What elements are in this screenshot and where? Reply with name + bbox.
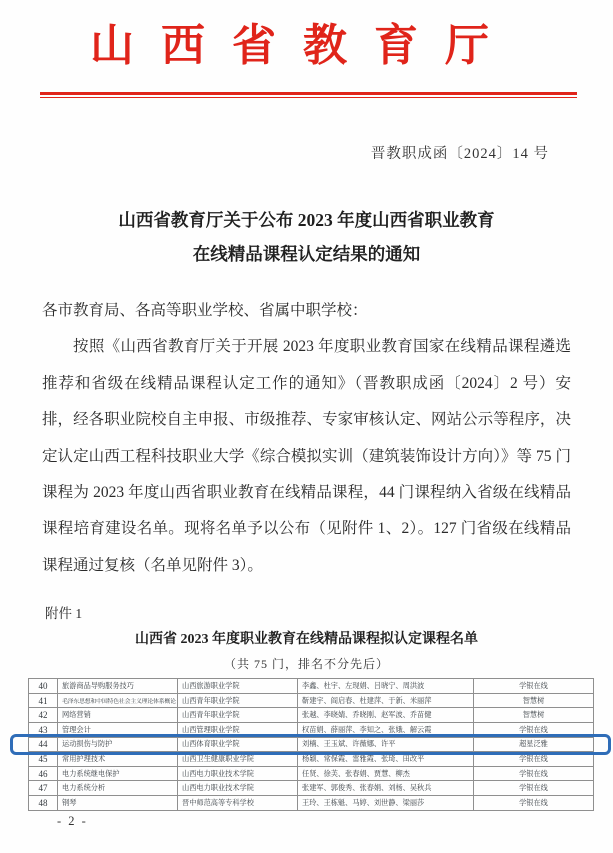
row-number-cell: 43: [29, 723, 58, 738]
school-cell: 山西青年职业学院: [178, 693, 298, 708]
school-cell: 山西旅游职业学院: [178, 679, 298, 694]
course-name-cell: 电力系统继电保护: [58, 766, 178, 781]
platform-cell: 智慧树: [474, 708, 594, 723]
teachers-cell: 权苗娟、薛丽萍、李知之、张娥、解云霞: [298, 723, 474, 738]
course-name-cell: 旅游商品导购服务技巧: [58, 679, 178, 694]
table-row: 48 钢琴 晋中师范高等专科学校 王玲、王栋魁、马婷、刘世静、梁丽莎 学银在线: [29, 796, 594, 811]
platform-cell: 超星泛雅: [474, 737, 594, 752]
rule-thin-line: [40, 97, 577, 98]
course-name-cell: 电力系统分析: [58, 781, 178, 796]
table-row: 42 网络营销 山西青年职业学院 张越、李晓婧、乔晓刚、赵军波、乔苗健 智慧树: [29, 708, 594, 723]
row-number-cell: 42: [29, 708, 58, 723]
teachers-cell: 王玲、王栋魁、马婷、刘世静、梁丽莎: [298, 796, 474, 811]
course-name-cell: 毛泽东思想和中国特色社会主义理论体系概论: [58, 693, 178, 708]
course-name-cell: 运动损伤与防护: [58, 737, 178, 752]
document-body: 各市教育局、各高等职业学校、省属中职学校： 按照《山西省教育厅关于开展 2023…: [42, 293, 571, 584]
platform-cell: 学银在线: [474, 752, 594, 767]
platform-cell: 学银在线: [474, 781, 594, 796]
document-title: 山西省教育厅关于公布 2023 年度山西省职业教育 在线精品课程认定结果的通知: [0, 203, 613, 271]
salutation: 各市教育局、各高等职业学校、省属中职学校：: [42, 293, 571, 329]
document-title-line2: 在线精品课程认定结果的通知: [0, 237, 613, 271]
school-cell: 山西卫生健康职业学院: [178, 752, 298, 767]
row-number-cell: 46: [29, 766, 58, 781]
table-row: 43 管理会计 山西管理职业学院 权苗娟、薛丽萍、李知之、张娥、解云霞 学银在线: [29, 723, 594, 738]
row-number-cell: 44: [29, 737, 58, 752]
attachment-table-title: 山西省 2023 年度职业教育在线精品课程拟认定课程名单: [0, 628, 613, 648]
platform-cell: 学银在线: [474, 723, 594, 738]
teachers-cell: 任贤、徐芙、张春娟、贾慧、柳杰: [298, 766, 474, 781]
teachers-cell: 张越、李晓婧、乔晓刚、赵军波、乔苗健: [298, 708, 474, 723]
teachers-cell: 李鑫、杜宇、左现娟、吕晓宁、周洪波: [298, 679, 474, 694]
school-cell: 山西电力职业技术学院: [178, 781, 298, 796]
course-list-table: 40 旅游商品导购服务技巧 山西旅游职业学院 李鑫、杜宇、左现娟、吕晓宁、周洪波…: [28, 678, 594, 810]
school-cell: 山西电力职业技术学院: [178, 766, 298, 781]
row-number-cell: 40: [29, 679, 58, 694]
platform-cell: 学银在线: [474, 766, 594, 781]
document-title-line1: 山西省教育厅关于公布 2023 年度山西省职业教育: [0, 203, 613, 237]
course-name-cell: 管理会计: [58, 723, 178, 738]
row-number-cell: 41: [29, 693, 58, 708]
platform-cell: 学银在线: [474, 679, 594, 694]
page-number: - 2 -: [57, 814, 613, 829]
course-name-cell: 网络营销: [58, 708, 178, 723]
school-cell: 晋中师范高等专科学校: [178, 796, 298, 811]
row-number-cell: 45: [29, 752, 58, 767]
teachers-cell: 张建军、郭俊秀、张春娟、刘杨、吴秋兵: [298, 781, 474, 796]
document-page: 山 西 省 教 育 厅 晋教职成函〔2024〕14 号 山西省教育厅关于公布 2…: [0, 0, 613, 853]
course-name-cell: 钢琴: [58, 796, 178, 811]
attachment-label: 附件 1: [45, 602, 613, 622]
letterhead-agency-name: 山 西 省 教 育 厅: [0, 20, 613, 72]
body-paragraph: 按照《山西省教育厅关于开展 2023 年度职业教育国家在线精品课程遴选推荐和省级…: [42, 329, 571, 584]
row-number-cell: 48: [29, 796, 58, 811]
teachers-cell: 杨颖、常保霞、雷雅霞、张琦、田改平: [298, 752, 474, 767]
document-number: 晋教职成函〔2024〕14 号: [0, 142, 613, 163]
school-cell: 山西体育职业学院: [178, 737, 298, 752]
table-row: 45 常用护理技术 山西卫生健康职业学院 杨颖、常保霞、雷雅霞、张琦、田改平 学…: [29, 752, 594, 767]
teachers-cell: 靳建宇、阎启春、杜建萍、于新、米丽萍: [298, 693, 474, 708]
school-cell: 山西青年职业学院: [178, 708, 298, 723]
table-row-highlighted: 44 运动损伤与防护 山西体育职业学院 刘楠、王玉斌、许薇娜、许平 超星泛雅: [29, 737, 594, 752]
table-row: 40 旅游商品导购服务技巧 山西旅游职业学院 李鑫、杜宇、左现娟、吕晓宁、周洪波…: [29, 679, 594, 694]
rule-thick-line: [40, 92, 577, 95]
attachment-table-subtitle: （共 75 门，排名不分先后）: [0, 655, 613, 672]
teachers-cell: 刘楠、王玉斌、许薇娜、许平: [298, 737, 474, 752]
table-row: 47 电力系统分析 山西电力职业技术学院 张建军、郭俊秀、张春娟、刘杨、吴秋兵 …: [29, 781, 594, 796]
letterhead-rule: [40, 92, 577, 98]
table-row: 41 毛泽东思想和中国特色社会主义理论体系概论 山西青年职业学院 靳建宇、阎启春…: [29, 693, 594, 708]
table-row: 46 电力系统继电保护 山西电力职业技术学院 任贤、徐芙、张春娟、贾慧、柳杰 学…: [29, 766, 594, 781]
platform-cell: 学银在线: [474, 796, 594, 811]
row-number-cell: 47: [29, 781, 58, 796]
platform-cell: 智慧树: [474, 693, 594, 708]
course-name-cell: 常用护理技术: [58, 752, 178, 767]
school-cell: 山西管理职业学院: [178, 723, 298, 738]
